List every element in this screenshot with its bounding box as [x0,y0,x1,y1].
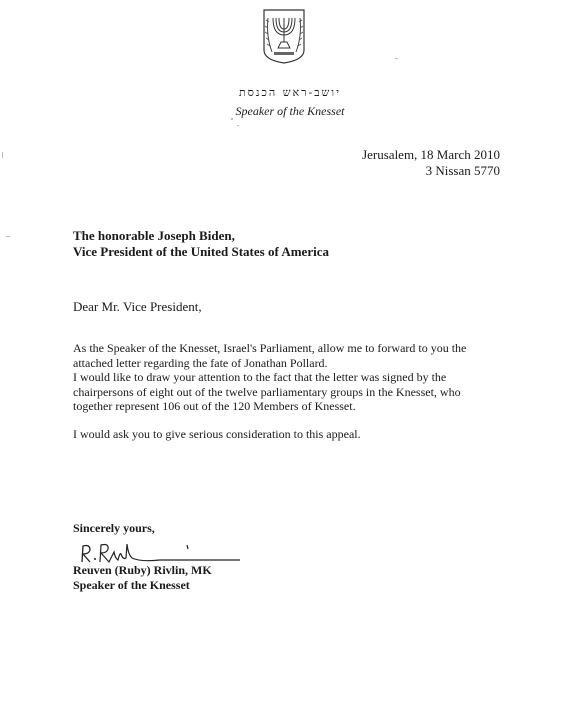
closing: Sincerely yours, [73,521,155,536]
scan-speck [2,152,3,158]
letter-body: As the Speaker of the Knesset, Israel's … [73,341,528,441]
menorah-emblem-icon [262,8,306,64]
body-line: I would like to draw your attention to t… [73,370,528,385]
body-line: chairpersons of eight out of the twelve … [73,385,528,400]
body-line: attached letter regarding the fate of Jo… [73,356,528,371]
signer-block: Reuven (Ruby) Rivlin, MK Speaker of the … [73,563,212,593]
body-line: As the Speaker of the Knesset, Israel's … [73,341,528,356]
signer-title: Speaker of the Knesset [73,578,212,593]
date-block: Jerusalem, 18 March 2010 3 Nissan 5770 [362,147,500,179]
letterhead-hebrew-title: יושב-ראש הכנסת [200,86,380,99]
letterhead-english-title: Speaker of the Knesset [200,104,380,119]
body-line: I would ask you to give serious consider… [73,427,528,442]
salutation: Dear Mr. Vice President, [73,299,202,315]
scan-speck [395,58,398,59]
date-gregorian: Jerusalem, 18 March 2010 [362,147,500,163]
scan-speck [237,125,239,126]
signer-name: Reuven (Ruby) Rivlin, MK [73,563,212,578]
body-line: together represent 106 out of the 120 Me… [73,399,528,414]
addressee-title: Vice President of the United States of A… [73,244,329,260]
addressee-block: The honorable Joseph Biden, Vice Preside… [73,228,329,260]
scan-speck [231,118,233,120]
scan-speck [6,236,10,237]
addressee-name: The honorable Joseph Biden, [73,228,329,244]
date-hebrew: 3 Nissan 5770 [362,163,500,179]
